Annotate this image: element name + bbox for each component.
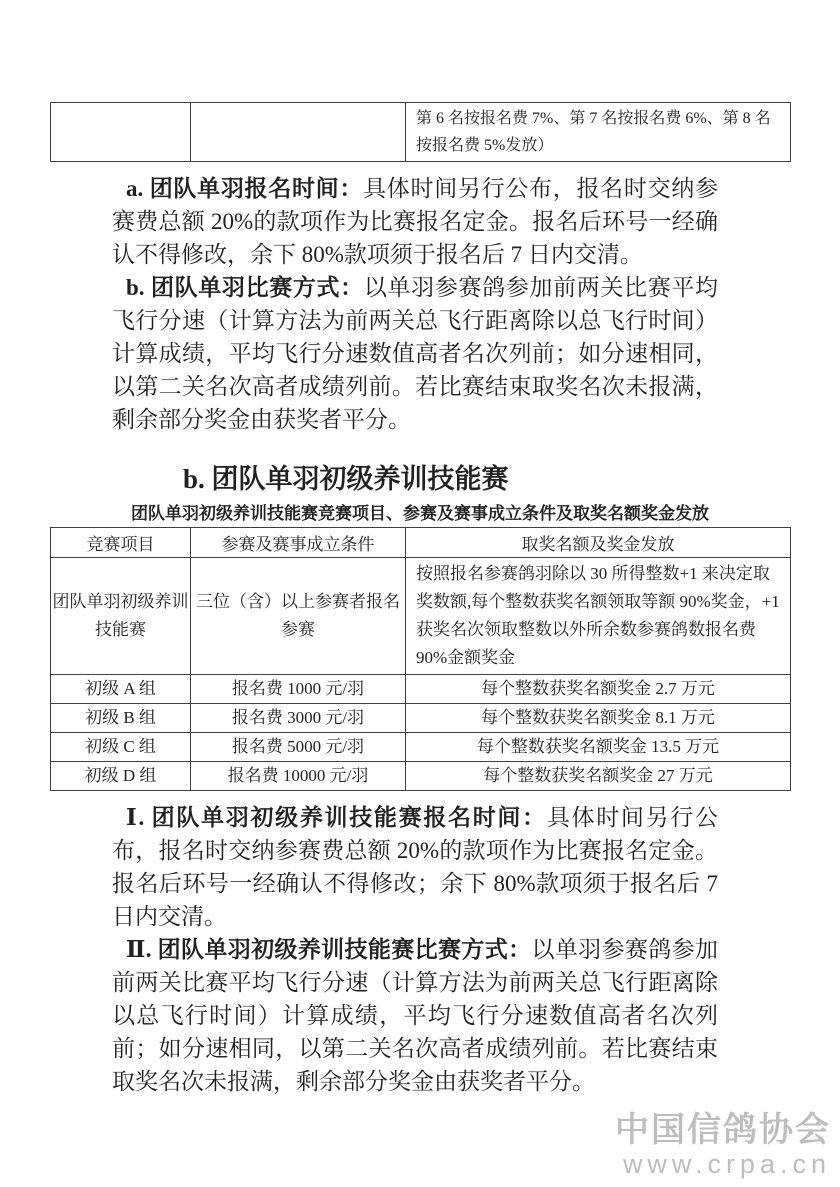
- table-row: 团队单羽初级养训技能赛 三位（含）以上参赛者报名参赛 按照报名参赛鸽羽除以 30…: [51, 558, 791, 675]
- cell-group-d: 初级 D 组: [51, 762, 191, 791]
- numbered-paragraphs: Ⅰ. 团队单羽初级养训技能赛报名时间：具体时间另行公布，报名时交纳参赛费总额 2…: [112, 801, 718, 1098]
- watermark: 中国信鸽协会 www.crpa.cn: [615, 1110, 831, 1178]
- table-row: 初级 C 组 报名费 5000 元/羽 每个整数获奖名额奖金 13.5 万元: [51, 733, 791, 762]
- paragraph-ii-label: Ⅱ. 团队单羽初级养训技能赛比赛方式：: [126, 937, 531, 962]
- fragment-cell-text: 第 6 名按报名费 7%、第 7 名按报名费 6%、第 8 名按报名费 5%发放…: [406, 103, 791, 162]
- main-table: 竞赛项目 参赛及赛事成立条件 取奖名额及奖金发放 团队单羽初级养训技能赛 三位（…: [50, 527, 791, 791]
- fragment-cell-empty-1: [51, 103, 191, 162]
- paragraph-i-label: Ⅰ. 团队单羽初级养训技能赛报名时间：: [126, 805, 547, 830]
- paragraph-b: b. 团队单羽比赛方式：以单羽参赛鸽参加前两关比赛平均飞行分速（计算方法为前两关…: [112, 271, 718, 436]
- cell-prize-a: 每个整数获奖名额奖金 2.7 万元: [406, 675, 791, 704]
- paragraph-ii: Ⅱ. 团队单羽初级养训技能赛比赛方式：以单羽参赛鸽参加前两关比赛平均飞行分速（计…: [112, 933, 718, 1098]
- table-row: 第 6 名按报名费 7%、第 7 名按报名费 6%、第 8 名按报名费 5%发放…: [51, 103, 791, 162]
- section-heading: b. 团队单羽初级养训技能赛: [183, 460, 840, 498]
- cell-group-a: 初级 A 组: [51, 675, 191, 704]
- cell-fee-d: 报名费 10000 元/羽: [191, 762, 406, 791]
- cell-group-c: 初级 C 组: [51, 733, 191, 762]
- cell-fee-b: 报名费 3000 元/羽: [191, 704, 406, 733]
- cell-prize-b: 每个整数获奖名额奖金 8.1 万元: [406, 704, 791, 733]
- paragraph-i: Ⅰ. 团队单羽初级养训技能赛报名时间：具体时间另行公布，报名时交纳参赛费总额 2…: [112, 801, 718, 933]
- watermark-org-name: 中国信鸽协会: [615, 1110, 831, 1150]
- header-prize-distribution: 取奖名额及奖金发放: [406, 528, 791, 558]
- cell-prize-d: 每个整数获奖名额奖金 27 万元: [406, 762, 791, 791]
- paragraph-a: a. 团队单羽报名时间：具体时间另行公布，报名时交纳参赛费总额 20%的款项作为…: [112, 172, 718, 271]
- document-page: 第 6 名按报名费 7%、第 7 名按报名费 6%、第 8 名按报名费 5%发放…: [0, 0, 840, 1187]
- cell-entry-condition: 三位（含）以上参赛者报名参赛: [191, 558, 406, 675]
- table-header-row: 竞赛项目 参赛及赛事成立条件 取奖名额及奖金发放: [51, 528, 791, 558]
- cell-prize-c: 每个整数获奖名额奖金 13.5 万元: [406, 733, 791, 762]
- paragraph-a-label: a. 团队单羽报名时间：: [126, 176, 363, 201]
- cell-prize-rule: 按照报名参赛鸽羽除以 30 所得整数+1 来决定取奖数额,每个整数获奖名额领取等…: [406, 558, 791, 675]
- cell-fee-c: 报名费 5000 元/羽: [191, 733, 406, 762]
- table-row: 初级 D 组 报名费 10000 元/羽 每个整数获奖名额奖金 27 万元: [51, 762, 791, 791]
- cell-event-name: 团队单羽初级养训技能赛: [51, 558, 191, 675]
- watermark-url: www.crpa.cn: [615, 1150, 831, 1178]
- table-fragment: 第 6 名按报名费 7%、第 7 名按报名费 6%、第 8 名按报名费 5%发放…: [50, 102, 791, 162]
- cell-fee-a: 报名费 1000 元/羽: [191, 675, 406, 704]
- table-row: 初级 A 组 报名费 1000 元/羽 每个整数获奖名额奖金 2.7 万元: [51, 675, 791, 704]
- table-caption: 团队单羽初级养训技能赛竞赛项目、参赛及赛事成立条件及取奖名额奖金发放: [50, 503, 790, 525]
- header-competition-item: 竞赛项目: [51, 528, 191, 558]
- body-paragraphs: a. 团队单羽报名时间：具体时间另行公布，报名时交纳参赛费总额 20%的款项作为…: [112, 172, 718, 436]
- header-entry-conditions: 参赛及赛事成立条件: [191, 528, 406, 558]
- table-row: 初级 B 组 报名费 3000 元/羽 每个整数获奖名额奖金 8.1 万元: [51, 704, 791, 733]
- cell-group-b: 初级 B 组: [51, 704, 191, 733]
- fragment-cell-empty-2: [191, 103, 406, 162]
- paragraph-b-label: b. 团队单羽比赛方式：: [126, 275, 364, 300]
